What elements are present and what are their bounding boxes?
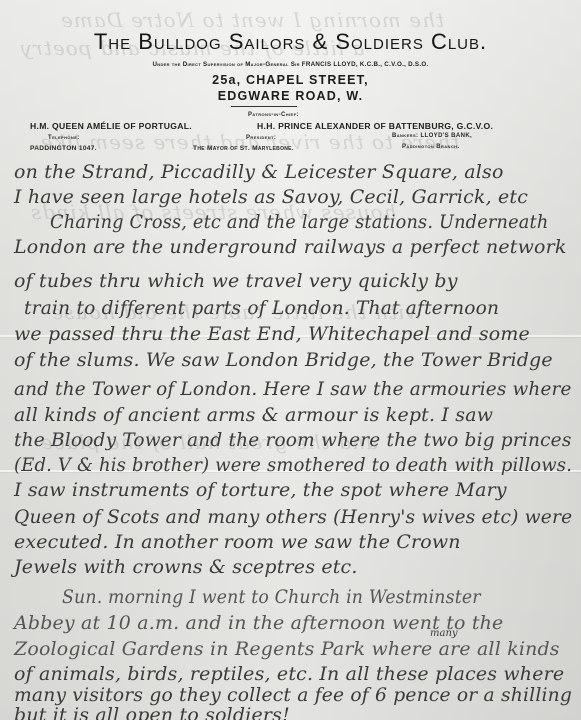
bankers-branch: Paddington Branch.: [402, 144, 459, 150]
letter-line: of tubes thru which we travel very quick…: [14, 270, 572, 292]
patron-queen: H.M. QUEEN AMÉLIE OF PORTUGAL.: [30, 121, 192, 131]
letter-line: Queen of Scots and many others (Henry's …: [14, 506, 563, 528]
letter-line: Sun. morning I went to Church in Westmin…: [62, 586, 572, 608]
letter-line: all kinds of ancient arms & armour is ke…: [14, 404, 572, 426]
bankers-label: Bankers: LLOYD'S BANK,: [392, 133, 472, 139]
letter-line: Zoological Gardens in Regents Park where…: [14, 638, 572, 660]
letter-line: on the Strand, Piccadilly & Leicester Sq…: [14, 161, 572, 183]
letter-line: the Bloody Tower and the room where the …: [14, 429, 559, 451]
letter-page: the morning I went to Notre Dame a littl…: [0, 0, 581, 720]
address-street: 25a, CHAPEL STREET,: [0, 73, 581, 87]
patron-prince: H.H. PRINCE ALEXANDER OF BATTENBURG, G.C…: [257, 121, 493, 131]
letter-line: and the Tower of London. Here I saw the …: [14, 378, 556, 400]
letter-line: of the slums. We saw London Bridge, the …: [14, 349, 572, 371]
letter-line: but it is all open to soldiers!: [14, 704, 572, 720]
letter-line: London are the underground railways a pe…: [14, 236, 572, 258]
letter-line: Charing Cross, etc and the large station…: [50, 211, 572, 233]
letter-line: train to different parts of London. That…: [24, 297, 572, 319]
letter-line: of animals, birds, reptiles, etc. In all…: [14, 663, 572, 685]
letter-line: Abbey at 10 a.m. and in the afternoon we…: [14, 612, 572, 634]
letter-line: I saw instruments of torture, the spot w…: [14, 479, 572, 501]
letter-line: I have seen large hotels as Savoy, Cecil…: [14, 186, 572, 208]
supervision-line: Under the Direct Supervision of Major-Ge…: [0, 61, 581, 68]
telephone-label: Telephone:: [48, 135, 80, 141]
letter-line: we passed thru the East End, Whitechapel…: [14, 323, 572, 345]
divider-rule: [231, 106, 297, 107]
letter-line: (Ed. V & his brother) were smothered to …: [14, 454, 543, 476]
letter-line: Jewels with crowns & sceptres etc.: [14, 556, 572, 578]
club-name: The Bulldog Sailors & Soldiers Club.: [0, 29, 581, 55]
address-road: EDGWARE ROAD, W.: [0, 89, 581, 103]
telephone-value: PADDINGTON 1047.: [30, 145, 97, 152]
patrons-label: Patrons-in-Chief:: [248, 112, 299, 118]
letter-line: many visitors go they collect a fee of 6…: [14, 684, 564, 706]
president-value: The Mayor of St. Marylebone.: [193, 145, 294, 152]
president-label: President:: [246, 135, 276, 141]
letter-line: executed. In another room we saw the Cro…: [14, 531, 572, 553]
